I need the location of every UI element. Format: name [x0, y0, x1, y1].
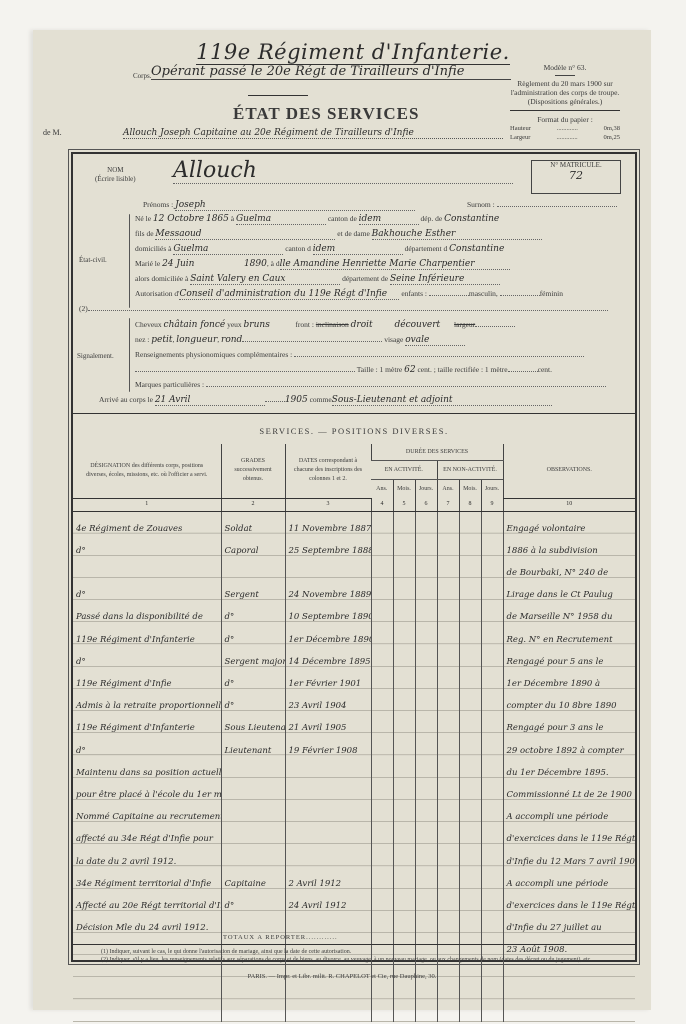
date-cell: 14 Décembre 1895 [285, 645, 371, 667]
duree-cell [415, 578, 437, 600]
table-row: Maintenu dans sa position actuelledu 1er… [73, 756, 635, 778]
grade-cell [221, 778, 285, 800]
footnotes: (1) Indiquer, suivant le cas, le qui don… [81, 948, 629, 964]
duree-cell [415, 556, 437, 578]
duree-cell [481, 844, 503, 866]
services-table: DÉSIGNATION des différents corps, positi… [73, 444, 635, 1022]
table-row: 34e Régiment territorial d'InfieCapitain… [73, 867, 635, 889]
duree-cell [437, 977, 459, 999]
duree-cell [415, 534, 437, 556]
duree-cell [481, 689, 503, 711]
duree-cell [415, 711, 437, 733]
duree-cell [481, 867, 503, 889]
duree-cell [393, 622, 415, 644]
grade-cell [221, 556, 285, 578]
duree-cell [459, 556, 481, 578]
grade-cell: Lieutenant [221, 733, 285, 755]
corps-label: Corps. [133, 72, 151, 80]
grade-cell: Soldat [221, 511, 285, 534]
table-row: d°Sergent major14 Décembre 1895Rengagé p… [73, 645, 635, 667]
birth-row: Né le 12 Octobre 1865 à Guelma canton de… [135, 214, 499, 225]
duree-cell [437, 600, 459, 622]
sub-col-header: Ans. [371, 480, 393, 499]
date-cell: 1er Février 1901 [285, 667, 371, 689]
renseignements-row: Renseignements physionomiques complément… [135, 350, 584, 359]
duree-cell [415, 733, 437, 755]
duree-cell [437, 911, 459, 933]
duree-cell [371, 778, 393, 800]
sub-col-header: Mois. [393, 480, 415, 499]
duree-cell [371, 511, 393, 534]
sub-col-header: Ans. [437, 480, 459, 499]
form-frame: NOM(Écrire lisible) Allouch N° MATRICULE… [71, 152, 637, 962]
note-row: (2) [79, 304, 608, 313]
duree-cell [415, 689, 437, 711]
duree-cell [393, 822, 415, 844]
duree-cell [393, 711, 415, 733]
duree-cell [459, 689, 481, 711]
father-row: fils de Messaoud et de dame Bakhouche Es… [135, 229, 542, 240]
grade-cell: Capitaine [221, 867, 285, 889]
duree-cell [481, 733, 503, 755]
duree-cell [415, 844, 437, 866]
brace [129, 214, 130, 308]
observation-cell: d'exercices dans le 119e Régt [503, 889, 635, 911]
observation-cell: de Marseille N° 1958 du [503, 600, 635, 622]
services-title: SERVICES. — POSITIONS DIVERSES. [73, 426, 635, 436]
date-cell [285, 778, 371, 800]
duree-cell [415, 667, 437, 689]
duree-cell [371, 889, 393, 911]
table-row: 4e Régiment de ZouavesSoldat11 Novembre … [73, 511, 635, 534]
duree-cell [371, 911, 393, 933]
divider [73, 413, 635, 414]
duree-cell [393, 689, 415, 711]
observation-cell: d'Infie du 27 juillet au [503, 911, 635, 933]
duree-cell [459, 511, 481, 534]
duree-cell [371, 667, 393, 689]
duree-cell [415, 645, 437, 667]
date-cell: 23 Avril 1904 [285, 689, 371, 711]
duree-cell [481, 911, 503, 933]
observation-cell: Commissionné Lt de 2e 1900 [503, 778, 635, 800]
surnom-value [497, 206, 617, 207]
duree-cell [393, 578, 415, 600]
duree-cell [437, 578, 459, 600]
duree-cell [481, 622, 503, 644]
observation-cell: du 1er Décembre 1895. [503, 756, 635, 778]
nom-value: Allouch [173, 158, 513, 184]
de-label: de M. [43, 128, 62, 137]
sub-col-header: Mois. [459, 480, 481, 499]
grade-cell: d° [221, 689, 285, 711]
duree-cell [459, 844, 481, 866]
col-dates-header: DATES correspondant à chacune des inscri… [285, 444, 371, 498]
grade-cell: Sergent major [221, 645, 285, 667]
designation-cell: Nommé Capitaine au recrutement et [73, 800, 221, 822]
grade-cell: Caporal [221, 534, 285, 556]
col-num: 6 [415, 498, 437, 511]
duree-cell [371, 867, 393, 889]
duree-cell [393, 733, 415, 755]
observation-cell: Rengagé pour 3 ans le [503, 711, 635, 733]
table-row: Affecté au 20e Régt territorial d'Infied… [73, 889, 635, 911]
duree-cell [393, 600, 415, 622]
totaux-label: TOTAUX A REPORTER............ [223, 934, 338, 941]
duree-cell [437, 778, 459, 800]
duree-cell [459, 778, 481, 800]
duree-cell [415, 800, 437, 822]
duree-cell [437, 645, 459, 667]
duree-cell [393, 889, 415, 911]
designation-cell: 119e Régiment d'Infanterie [73, 622, 221, 644]
col-num: 8 [459, 498, 481, 511]
duree-cell [371, 578, 393, 600]
duree-cell [481, 534, 503, 556]
marks-row: Marques particulières : [135, 380, 606, 389]
observation-cell: 1er Décembre 1890 à [503, 667, 635, 689]
footnote-1: (1) Indiquer, suivant le cas, le qui don… [81, 948, 629, 956]
duree-cell [415, 911, 437, 933]
observation-cell: A accompli une période [503, 867, 635, 889]
non-activite-header: EN NON-ACTIVITÉ. [437, 461, 503, 480]
duree-cell [371, 977, 393, 999]
divider [510, 110, 620, 111]
duree-cell [393, 778, 415, 800]
designation-cell [73, 977, 221, 999]
designation-cell: 119e Régiment d'Infie [73, 667, 221, 689]
designation-cell: 34e Régiment territorial d'Infie [73, 867, 221, 889]
nom-label: NOM(Écrire lisible) [95, 166, 136, 184]
duree-cell [481, 800, 503, 822]
duree-cell [437, 733, 459, 755]
table-row: la date du 2 avril 1912.d'Infie du 12 Ma… [73, 844, 635, 866]
duree-cell [415, 622, 437, 644]
table-row: 119e Régiment d'Infanteried°1er Décembre… [73, 622, 635, 644]
date-cell: 1er Décembre 1890 [285, 622, 371, 644]
format-row: Largeur.............0m,25 [510, 133, 620, 142]
date-cell: 2 Avril 1912 [285, 867, 371, 889]
col-observations-header: OBSERVATIONS. [503, 444, 635, 498]
duree-cell [393, 977, 415, 999]
date-cell: 21 Avril 1905 [285, 711, 371, 733]
model-box: Modèle n° 63. Règlement du 20 mars 1900 … [495, 63, 635, 142]
duree-cell [393, 667, 415, 689]
duree-cell [437, 667, 459, 689]
col-num: 1 [73, 498, 221, 511]
duree-cell [459, 756, 481, 778]
duree-cell [371, 534, 393, 556]
duree-cell [371, 622, 393, 644]
duree-cell [481, 756, 503, 778]
duree-cell [481, 977, 503, 999]
format-row: Hauteur.............0m,38 [510, 124, 620, 133]
table-row: Admis à la retraite proportionnelled°23 … [73, 689, 635, 711]
duree-cell [371, 556, 393, 578]
duree-cell [459, 911, 481, 933]
spouse-domicile-row: alors domiciliée à Saint Valery en Caux … [135, 274, 500, 285]
matricule-value: 72 [532, 169, 620, 182]
col-num: 9 [481, 498, 503, 511]
observation-cell: d'exercices dans le 119e Régt [503, 822, 635, 844]
arrival-row: Arrivé au corps le 21 Avril1905 commeSou… [99, 395, 552, 406]
designation-cell [73, 556, 221, 578]
designation-cell: affecté au 34e Régt d'Infie pour [73, 822, 221, 844]
duree-cell [415, 977, 437, 999]
duree-cell [437, 511, 459, 534]
authorization-row: Autorisation d'Conseil d'administration … [135, 289, 563, 300]
nose-row: nez : petit, longueur, rond visage ovale [135, 335, 465, 346]
grade-cell [221, 911, 285, 933]
designation-cell: d° [73, 534, 221, 556]
duree-cell [459, 800, 481, 822]
duree-cell [481, 511, 503, 534]
observation-cell: compter du 10 8bre 1890 [503, 689, 635, 711]
duree-cell [371, 645, 393, 667]
duree-cell [393, 1000, 415, 1022]
duree-cell [437, 844, 459, 866]
date-cell: 24 Novembre 1889 [285, 578, 371, 600]
duree-cell [459, 534, 481, 556]
date-cell [285, 911, 371, 933]
observation-cell: d'Infie du 12 Mars 7 avril 1902 [503, 844, 635, 866]
designation-cell: d° [73, 578, 221, 600]
date-cell: 11 Novembre 1887 [285, 511, 371, 534]
hair-eyes-row: Cheveux châtain foncé yeux bruns front :… [135, 320, 515, 330]
duree-cell [415, 756, 437, 778]
duree-cell [481, 600, 503, 622]
designation-cell: d° [73, 645, 221, 667]
model-number: Modèle n° 63. [495, 63, 635, 72]
grade-cell: Sous Lieutenant [221, 711, 285, 733]
duree-header: DURÉE DES SERVICES [371, 444, 503, 461]
duree-cell [393, 645, 415, 667]
duree-cell [437, 1000, 459, 1022]
duree-cell [481, 556, 503, 578]
observation-cell: de Bourbaki, N° 240 de [503, 556, 635, 578]
observation-cell: Lirage dans le Ct Paulug [503, 578, 635, 600]
table-row: 119e Régiment d'Infied°1er Février 19011… [73, 667, 635, 689]
designation-cell: Maintenu dans sa position actuelle [73, 756, 221, 778]
etat-civil-label: État-civil. [79, 256, 107, 264]
duree-cell [437, 622, 459, 644]
sub-col-header: Jours. [415, 480, 437, 499]
col-num: 5 [393, 498, 415, 511]
observation-cell: 1886 à la subdivision [503, 534, 635, 556]
duree-cell [393, 511, 415, 534]
duree-cell [371, 756, 393, 778]
duree-cell [481, 667, 503, 689]
table-row: d°Caporal25 Septembre 18881886 à la subd… [73, 534, 635, 556]
duree-cell [437, 800, 459, 822]
designation-cell [73, 1000, 221, 1022]
grade-cell: d° [221, 600, 285, 622]
duree-cell [459, 711, 481, 733]
prenoms-value: Joseph [175, 200, 415, 211]
duree-cell [415, 889, 437, 911]
observation-cell: A accompli une période [503, 800, 635, 822]
table-row: Nommé Capitaine au recrutement etA accom… [73, 800, 635, 822]
matricule-box: N° MATRICULE. 72 [531, 160, 621, 194]
divider [555, 75, 575, 76]
duree-cell [371, 800, 393, 822]
duree-cell [415, 600, 437, 622]
duree-cell [481, 778, 503, 800]
col-designation-header: DÉSIGNATION des différents corps, positi… [73, 444, 221, 498]
duree-cell [437, 867, 459, 889]
duree-cell [481, 645, 503, 667]
table-row [73, 977, 635, 999]
grade-cell [221, 844, 285, 866]
duree-cell [459, 889, 481, 911]
date-cell: 25 Septembre 1888 [285, 534, 371, 556]
duree-cell [437, 534, 459, 556]
footnote-2: (2) Indiquer, s'il y a lieu, les renseig… [81, 956, 629, 964]
duree-cell [437, 711, 459, 733]
col-num: 2 [221, 498, 285, 511]
duree-cell [415, 822, 437, 844]
observation-cell: Engagé volontaire [503, 511, 635, 534]
duree-cell [459, 667, 481, 689]
table-row: pour être placé à l'école du 1er mai 190… [73, 778, 635, 800]
designation-cell: Admis à la retraite proportionnelle [73, 689, 221, 711]
duree-cell [481, 889, 503, 911]
date-cell [285, 844, 371, 866]
grade-cell: d° [221, 667, 285, 689]
date-cell: 10 Septembre 1890 [285, 600, 371, 622]
officer-name-line: Allouch Joseph Capitaine au 20e Régiment… [123, 128, 503, 139]
table-row: Décision Mle du 24 avril 1912.d'Infie du… [73, 911, 635, 933]
duree-cell [415, 1000, 437, 1022]
height-row: Taille : 1 mètre 62 cent. ; taille recti… [135, 365, 552, 375]
observation-cell [503, 1000, 635, 1022]
designation-cell: 4e Régiment de Zouaves [73, 511, 221, 534]
format-title: Format du papier : [495, 115, 635, 124]
duree-cell [415, 511, 437, 534]
date-cell [285, 556, 371, 578]
duree-cell [481, 822, 503, 844]
col-num: 4 [371, 498, 393, 511]
designation-cell: la date du 2 avril 1912. [73, 844, 221, 866]
grade-cell: d° [221, 622, 285, 644]
duree-cell [393, 756, 415, 778]
duree-cell [459, 578, 481, 600]
grade-cell [221, 977, 285, 999]
duree-cell [437, 689, 459, 711]
duree-cell [371, 822, 393, 844]
grade-cell [221, 800, 285, 822]
designation-cell: 119e Régiment d'Infanterie [73, 711, 221, 733]
designation-cell: d° [73, 733, 221, 755]
duree-cell [415, 867, 437, 889]
table-row: affecté au 34e Régt d'Infie pourd'exerci… [73, 822, 635, 844]
duree-cell [415, 778, 437, 800]
duree-cell [437, 889, 459, 911]
domicile-row: domiciliés à Guelma canton d idem départ… [135, 244, 504, 255]
date-cell [285, 1000, 371, 1022]
date-cell [285, 977, 371, 999]
duree-cell [393, 867, 415, 889]
table-row: d°Sergent24 Novembre 1889Lirage dans le … [73, 578, 635, 600]
prenoms-row: Prénoms : Joseph Surnom : [143, 200, 617, 211]
activite-header: EN ACTIVITÉ. [371, 461, 437, 480]
grade-cell: d° [221, 889, 285, 911]
duree-cell [371, 600, 393, 622]
duree-cell [371, 733, 393, 755]
observation-cell [503, 977, 635, 999]
imprint: PARIS. — Impr. et Libr. milit. R. CHAPEL… [33, 973, 651, 980]
duree-cell [481, 1000, 503, 1022]
duree-cell [459, 867, 481, 889]
model-regulation: Règlement du 20 mars 1900 sur l'administ… [495, 79, 635, 106]
duree-cell [481, 711, 503, 733]
table-row: Passé dans la disponibilité ded°10 Septe… [73, 600, 635, 622]
duree-cell [437, 756, 459, 778]
divider [248, 95, 308, 96]
duree-cell [371, 844, 393, 866]
designation-cell: Affecté au 20e Régt territorial d'Infie [73, 889, 221, 911]
corps-value: Opérant passé le 20e Régt de Tirailleurs… [151, 64, 511, 80]
designation-cell: pour être placé à l'école du 1er mai 190… [73, 778, 221, 800]
duree-cell [459, 645, 481, 667]
duree-cell [459, 977, 481, 999]
form-title: ÉTAT DES SERVICES [233, 104, 419, 124]
designation-cell: Passé dans la disponibilité de [73, 600, 221, 622]
duree-cell [393, 556, 415, 578]
duree-cell [393, 911, 415, 933]
duree-cell [459, 822, 481, 844]
grade-cell [221, 822, 285, 844]
table-row: d°Lieutenant19 Février 190829 octobre 18… [73, 733, 635, 755]
duree-cell [459, 600, 481, 622]
document-sheet: 119e Régiment d'Infanterie. Corps. Opéra… [33, 30, 651, 1010]
duree-cell [481, 578, 503, 600]
observation-cell: Reg. N° en Recrutement [503, 622, 635, 644]
table-row: de Bourbaki, N° 240 de [73, 556, 635, 578]
col-num: 3 [285, 498, 371, 511]
col-num: 10 [503, 498, 635, 511]
col-grades-header: GRADES successivement obtenus. [221, 444, 285, 498]
duree-cell [459, 1000, 481, 1022]
duree-cell [459, 733, 481, 755]
regiment-title: 119e Régiment d'Infanterie. [113, 40, 593, 64]
date-cell [285, 800, 371, 822]
duree-cell [393, 844, 415, 866]
observation-cell: Rengagé pour 5 ans le [503, 645, 635, 667]
divider [73, 944, 635, 945]
observation-cell: 29 octobre 1892 à compter [503, 733, 635, 755]
duree-cell [371, 1000, 393, 1022]
designation-cell: Décision Mle du 24 avril 1912. [73, 911, 221, 933]
table-row: 119e Régiment d'InfanterieSous Lieutenan… [73, 711, 635, 733]
date-cell [285, 822, 371, 844]
duree-cell [393, 800, 415, 822]
sub-col-header: Jours. [481, 480, 503, 499]
signalement-label: Signalement. [77, 352, 114, 360]
date-cell: 24 Avril 1912 [285, 889, 371, 911]
duree-cell [437, 822, 459, 844]
duree-cell [371, 689, 393, 711]
duree-cell [459, 622, 481, 644]
date-cell: 19 Février 1908 [285, 733, 371, 755]
date-cell [285, 756, 371, 778]
grade-cell [221, 1000, 285, 1022]
col-num: 7 [437, 498, 459, 511]
grade-cell: Sergent [221, 578, 285, 600]
duree-cell [393, 534, 415, 556]
grade-cell [221, 756, 285, 778]
duree-cell [371, 711, 393, 733]
